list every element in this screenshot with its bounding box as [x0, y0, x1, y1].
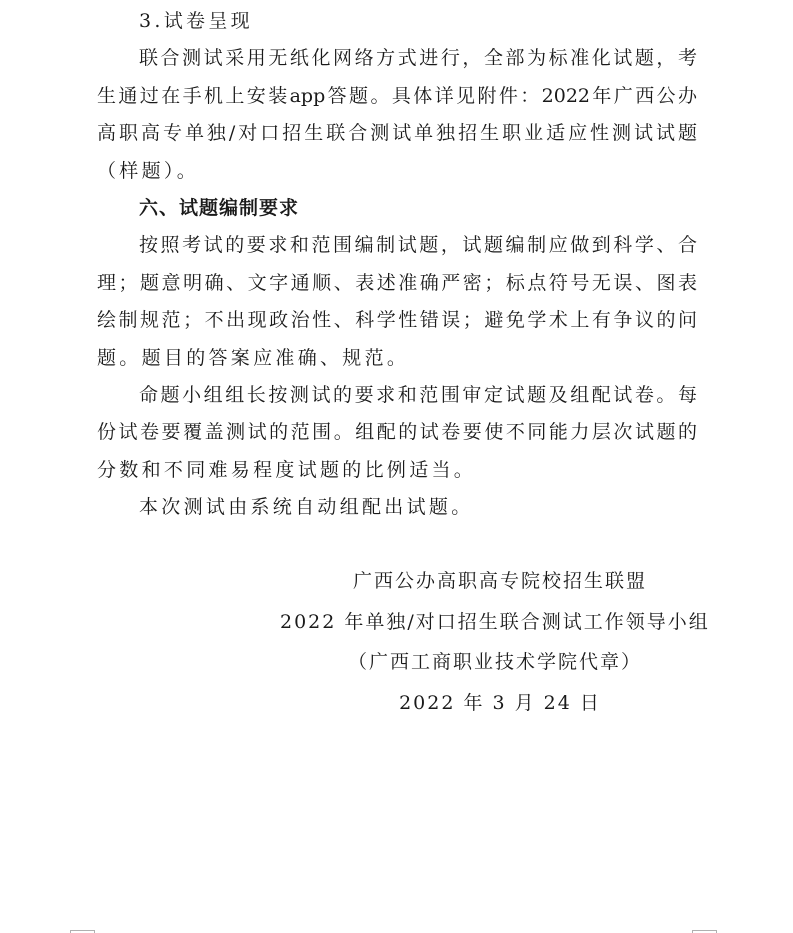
document-page: 3.试卷呈现 联合测试采用无纸化网络方式进行，全部为标准化试题，考 生通过在手机…	[0, 0, 793, 933]
signature-org: 广西公办高职高专院校招生联盟	[280, 561, 700, 602]
section-6-heading: 六、试题编制要求	[97, 190, 697, 227]
document-body: 3.试卷呈现 联合测试采用无纸化网络方式进行，全部为标准化试题，考 生通过在手机…	[97, 3, 697, 526]
paragraph-line: 联合测试采用无纸化网络方式进行，全部为标准化试题，考	[97, 40, 697, 77]
signature-date: 2022 年 3 月 24 日	[280, 683, 700, 724]
section-3-title: 3.试卷呈现	[97, 3, 697, 40]
signature-block: 广西公办高职高专院校招生联盟 2022 年单独/对口招生联合测试工作领导小组 （…	[280, 561, 700, 724]
paragraph-line: 生通过在手机上安装app答题。具体详见附件：2022年广西公办	[97, 78, 697, 115]
signature-seal: （广西工商职业技术学院代章）	[280, 642, 700, 683]
paragraph-line: 理；题意明确、文字通顺、表述准确严密；标点符号无误、图表	[97, 265, 697, 302]
paragraph-line: 分数和不同难易程度试题的比例适当。	[97, 452, 697, 489]
paragraph-line: 绘制规范；不出现政治性、科学性错误；避免学术上有争议的问	[97, 302, 697, 339]
paragraph-line: 按照考试的要求和范围编制试题，试题编制应做到科学、合	[97, 227, 697, 264]
paragraph-line: 高职高专单独/对口招生联合测试单独招生职业适应性测试试题	[97, 115, 697, 152]
signature-group: 2022 年单独/对口招生联合测试工作领导小组	[280, 602, 700, 643]
paragraph-line: 本次测试由系统自动组配出试题。	[97, 489, 697, 526]
paragraph-line: （样题）。	[97, 153, 697, 190]
paragraph-line: 命题小组组长按测试的要求和范围审定试题及组配试卷。每	[97, 377, 697, 414]
paragraph-line: 题。题目的答案应准确、规范。	[97, 340, 697, 377]
paragraph-line: 份试卷要覆盖测试的范围。组配的试卷要使不同能力层次试题的	[97, 414, 697, 451]
